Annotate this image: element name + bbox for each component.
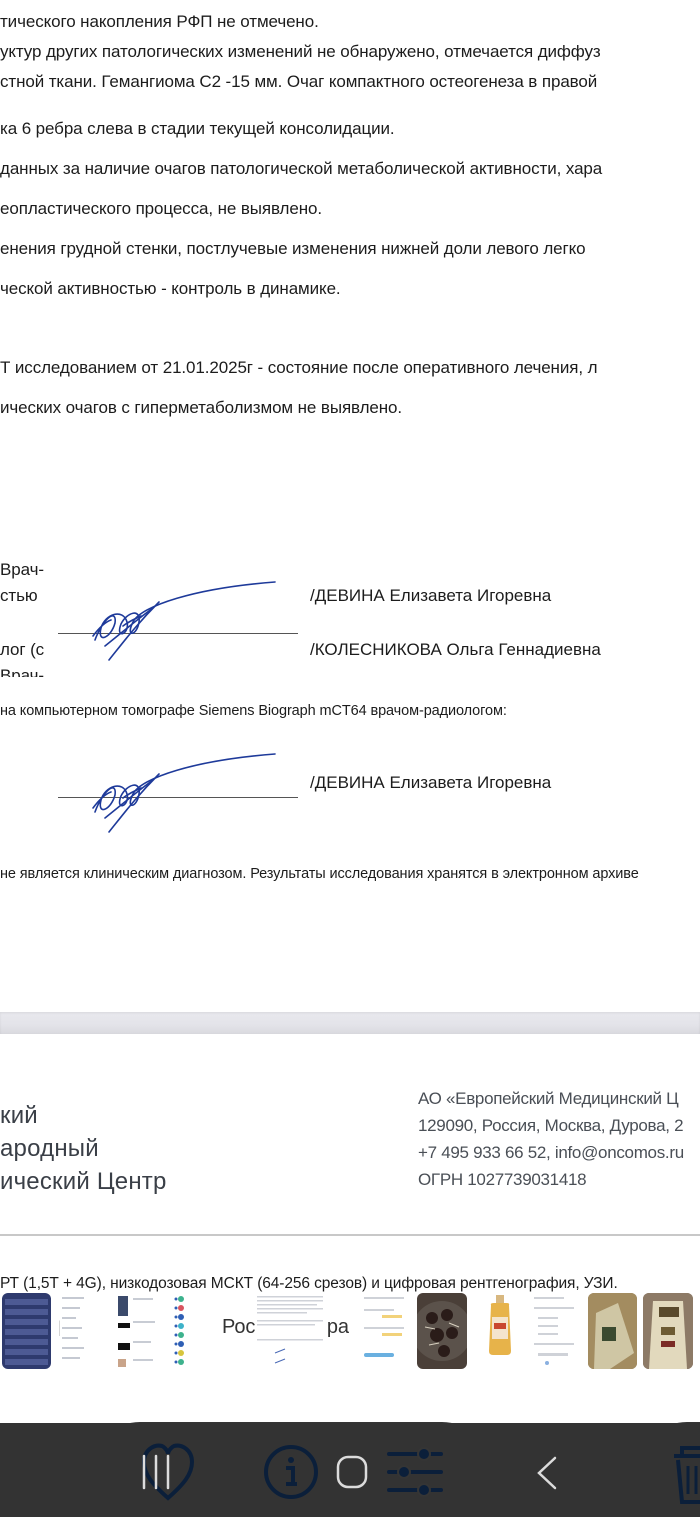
signer-role-label: Врач-	[0, 560, 44, 580]
thumbnail-chat-list[interactable]	[362, 1293, 412, 1369]
handwritten-signature	[75, 750, 285, 840]
disclaimer: не является клиническим диагнозом. Резул…	[0, 866, 639, 882]
report-line: тического накопления РФП не отмечено.	[0, 12, 319, 32]
report-line: енения грудной стенки, постлучевые измен…	[0, 239, 586, 259]
signer-role-label: Врач-	[0, 666, 44, 677]
home-button-icon[interactable]	[335, 1454, 371, 1490]
org-name: АО «Европейский Медицинский Ц	[418, 1089, 678, 1109]
thumbnail-form-list[interactable]	[60, 1293, 92, 1369]
adjust-sliders-icon[interactable]	[386, 1446, 444, 1498]
report-line: ка 6 ребра слева в стадии текущей консол…	[0, 119, 395, 139]
delete-trash-icon[interactable]	[670, 1442, 700, 1508]
signer-role-label: стью	[0, 586, 38, 606]
thumbnail-settings-list[interactable]	[2, 1293, 51, 1369]
report-line: ческой активностью - контроль в динамике…	[0, 279, 341, 299]
report-line: стной ткани. Гемангиома С2 -15 мм. Очаг …	[0, 72, 597, 92]
report-line: ических очагов с гиперметаболизмом не вы…	[0, 398, 402, 418]
signer-role-label: лог (с	[0, 640, 44, 660]
thumbnail-wine-bottle-1[interactable]	[588, 1293, 637, 1369]
signer-name: /ДЕВИНА Елизавета Игоревна	[310, 586, 551, 606]
thumbnail-product-list[interactable]	[115, 1293, 163, 1369]
org-contacts: +7 495 933 66 52, info@oncomos.ru	[418, 1143, 684, 1163]
info-icon[interactable]	[262, 1440, 320, 1504]
gallery-thumbnail-strip[interactable]	[0, 1293, 700, 1371]
recents-button-icon[interactable]	[140, 1452, 174, 1492]
signer-name: /КОЛЕСНИКОВА Ольга Геннадиевна	[310, 640, 601, 660]
thumbnail-oil-bottle[interactable]	[475, 1293, 525, 1369]
header-divider	[0, 1234, 700, 1236]
thumbnail-settings-panel[interactable]	[532, 1293, 578, 1369]
thumbnail-document[interactable]	[255, 1293, 327, 1369]
back-button-icon[interactable]	[535, 1455, 559, 1491]
equipment-line: РТ (1,5Т + 4G), низкодозовая МСКТ (64-25…	[0, 1275, 618, 1293]
handwritten-signature	[75, 578, 285, 668]
report-line: еопластического процесса, не выявлено.	[0, 199, 322, 219]
clinic-logo-text: ический Центр	[0, 1168, 167, 1196]
org-address: 129090, Россия, Москва, Дурова, 2	[418, 1116, 683, 1136]
scanner-info: на компьютерном томографе Siemens Biogra…	[0, 703, 507, 719]
document-viewer[interactable]: тического накопления РФП не отмечено. ук…	[0, 0, 700, 1390]
thumbnail-wine-bottle-2[interactable]	[643, 1293, 693, 1369]
thumbnail-app-list[interactable]	[172, 1293, 214, 1369]
clinic-logo-text: кий	[0, 1102, 38, 1130]
clinic-logo-text: ародный	[0, 1135, 99, 1163]
signer-name: /ДЕВИНА Елизавета Игоревна	[310, 773, 551, 793]
thumbnail-food-photo[interactable]	[417, 1293, 467, 1369]
report-line: Т исследованием от 21.01.2025г - состоян…	[0, 358, 597, 378]
page-separator	[0, 1012, 700, 1034]
org-ogrn: ОГРН 102773903141​8	[418, 1170, 586, 1190]
report-line: уктур других патологических изменений не…	[0, 42, 601, 62]
report-line: данных за наличие очагов патологической …	[0, 159, 602, 179]
